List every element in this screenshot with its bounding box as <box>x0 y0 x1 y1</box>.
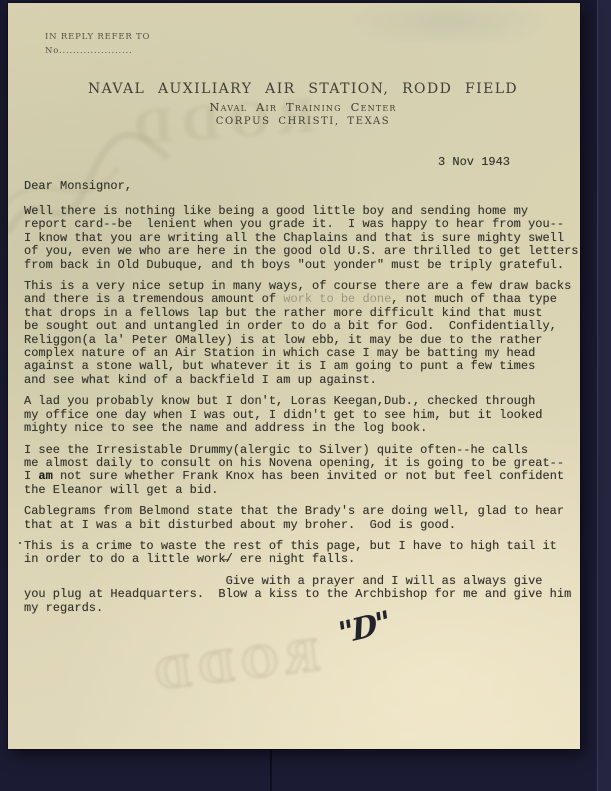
bleedthrough-stamp-bottom: RODD <box>146 631 323 701</box>
paragraph-2-rest: , not much of thaa type that drops in a … <box>24 292 557 386</box>
paragraph-6: This is a crime to waste the rest of thi… <box>24 540 580 567</box>
refer-label: IN REPLY REFER TO <box>45 32 150 42</box>
letter-paper: RODD RODD IN REPLY REFER TONo...........… <box>8 3 580 749</box>
scan-background-seam <box>270 748 272 791</box>
paragraph-3: A lad you probably know but I don't, Lor… <box>24 395 580 435</box>
ink-speck <box>19 542 21 544</box>
location-line: CORPUS CHRISTI, TEXAS <box>26 116 580 127</box>
refer-number-line: No..................... <box>45 46 133 56</box>
scan-background-right-edge <box>597 0 611 791</box>
letter-body: Well there is nothing like being a good … <box>24 205 580 623</box>
scanned-letter-page: RODD RODD IN REPLY REFER TONo...........… <box>0 0 611 791</box>
bleedthrough-top-smudge <box>328 3 568 41</box>
closing-paragraph: Give with a prayer and I will as always … <box>24 575 580 615</box>
station-name: NAVAL AUXILIARY AIR STATION, RODD FIELD <box>26 81 580 97</box>
paragraph-4: I see the Irresistable Drummy(alergic to… <box>24 444 580 498</box>
letter-date: 3 Nov 1943 <box>438 156 510 169</box>
paragraph-1: Well there is nothing like being a good … <box>24 205 580 272</box>
refer-block: IN REPLY REFER TONo..................... <box>45 30 150 58</box>
paragraph-2: This is a very nice setup in many ways, … <box>24 280 580 387</box>
salutation: Dear Monsignor, <box>24 180 132 193</box>
paragraph-5: Cablegrams from Belmond state that the B… <box>24 505 580 532</box>
training-center-line: Naval Air Training Center <box>26 100 580 114</box>
paragraph-2-faint-phrase: work to be done <box>283 292 391 306</box>
paragraph-4-rest: not sure whether Frank Knox has been inv… <box>24 469 564 496</box>
paragraph-4-overstruck-word: am <box>38 469 52 483</box>
letterhead-header: NAVAL AUXILIARY AIR STATION, RODD FIELD … <box>8 81 580 127</box>
